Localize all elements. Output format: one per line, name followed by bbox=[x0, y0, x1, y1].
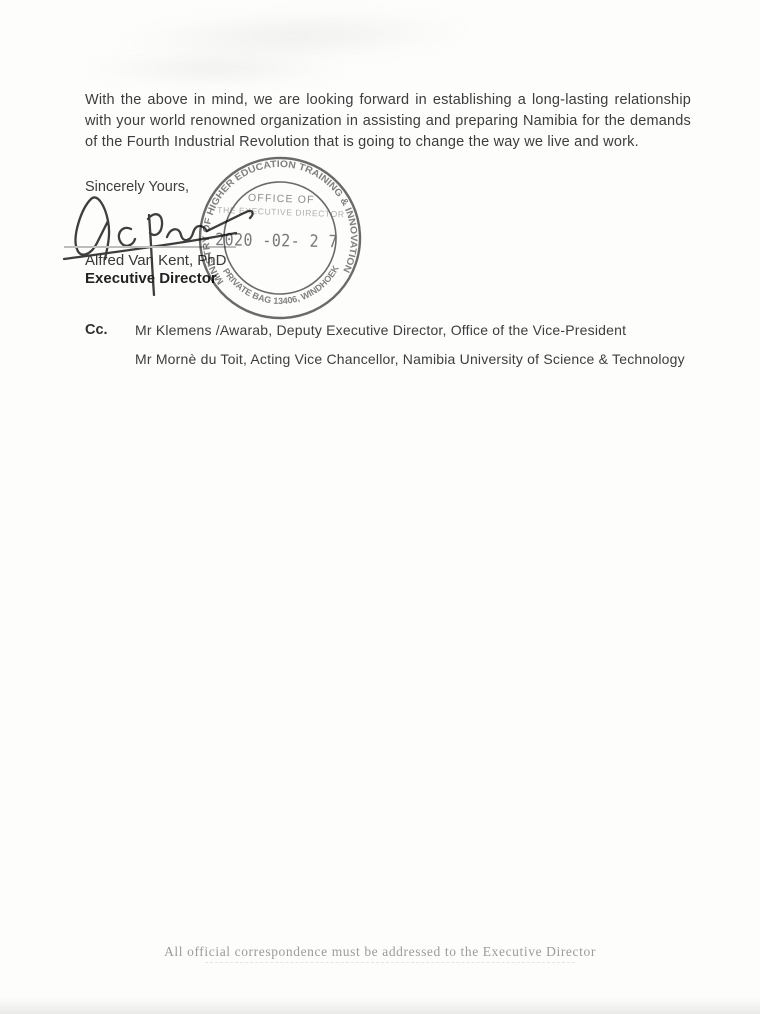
footer-rule bbox=[205, 962, 575, 963]
stamp-ring-bottom-text: PRIVATE BAG 13406, WINDHOEK bbox=[221, 261, 343, 309]
cc-recipient: Mr Mornè du Toit, Acting Vice Chancellor… bbox=[135, 351, 685, 367]
scan-ghosting-artifact bbox=[114, 4, 476, 69]
stamp-office-line1: OFFICE OF bbox=[248, 192, 315, 206]
signature-stroke bbox=[76, 197, 110, 259]
letter-page: With the above in mind, we are looking f… bbox=[0, 0, 760, 1014]
signature-stroke bbox=[119, 228, 135, 246]
letter-body-paragraph: With the above in mind, we are looking f… bbox=[85, 90, 691, 153]
official-date-stamp: MINISTRY OF HIGHER EDUCATION TRAINING & … bbox=[190, 148, 370, 328]
scan-edge-shadow bbox=[0, 998, 760, 1014]
stamp-office-line2: THE EXECUTIVE DIRECTOR bbox=[217, 205, 345, 219]
cc-label: Cc. bbox=[85, 322, 108, 338]
stamp-date: 2020 -02- 2 7 bbox=[215, 229, 338, 251]
footer-note: All official correspondence must be addr… bbox=[0, 944, 760, 960]
cc-recipient: Mr Klemens /Awarab, Deputy Executive Dir… bbox=[135, 322, 626, 338]
scan-ghosting-artifact bbox=[80, 52, 350, 86]
